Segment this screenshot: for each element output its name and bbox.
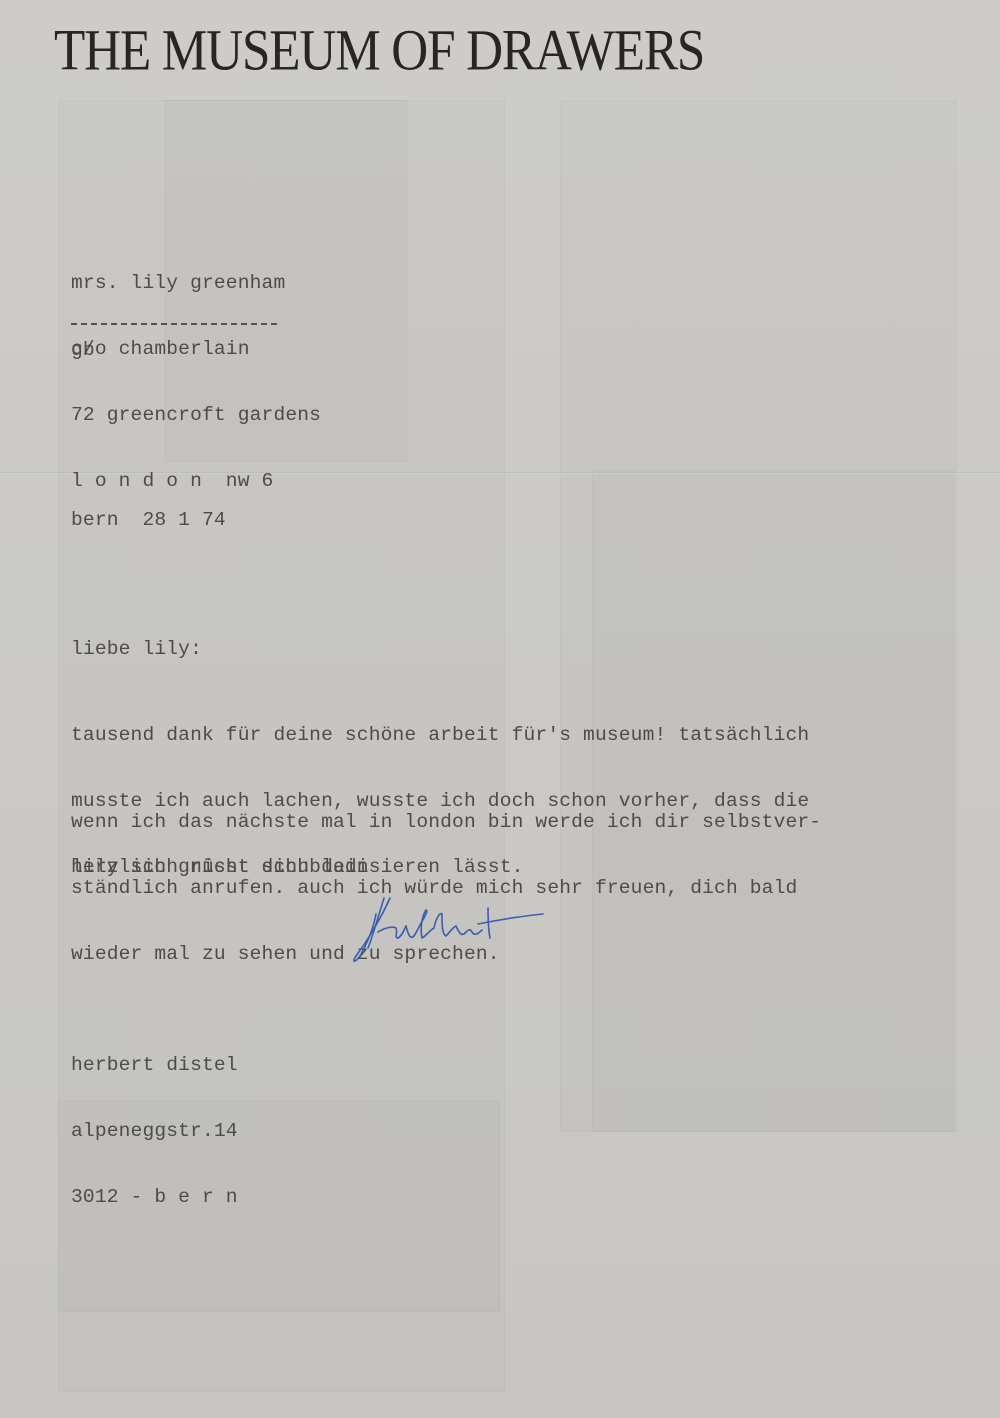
recipient-line: 72 greencroft gardens xyxy=(71,404,321,426)
recipient-line: mrs. lily greenham xyxy=(71,272,321,294)
salutation: liebe lily: xyxy=(71,638,202,660)
recipient-line: l o n d o n nw 6 xyxy=(71,470,321,492)
sender-line: alpeneggstr.14 xyxy=(71,1120,238,1142)
recipient-line: c/o chamberlain xyxy=(71,338,321,360)
sender-line: herbert distel xyxy=(71,1054,238,1076)
recipient-address: mrs. lily greenham c/o chamberlain 72 gr… xyxy=(71,228,321,536)
closing-line: herzlich grüsst dich dein xyxy=(71,856,369,878)
body-line: tausend dank für deine schöne arbeit für… xyxy=(71,724,809,746)
sender-address: herbert distel alpeneggstr.14 3012 - b e… xyxy=(71,1010,238,1252)
body-line: wenn ich das nächste mal in london bin w… xyxy=(71,811,821,833)
address-underline xyxy=(71,323,277,325)
date-line: bern 28 1 74 xyxy=(71,509,226,531)
sender-line: 3012 - b e r n xyxy=(71,1186,238,1208)
letter-paper: THE MUSEUM OF DRAWERS mrs. lily greenham… xyxy=(0,0,1000,1418)
letterhead-title: THE MUSEUM OF DRAWERS xyxy=(54,14,900,88)
reference-initials: gb xyxy=(71,339,95,361)
handwritten-signature xyxy=(338,888,558,968)
